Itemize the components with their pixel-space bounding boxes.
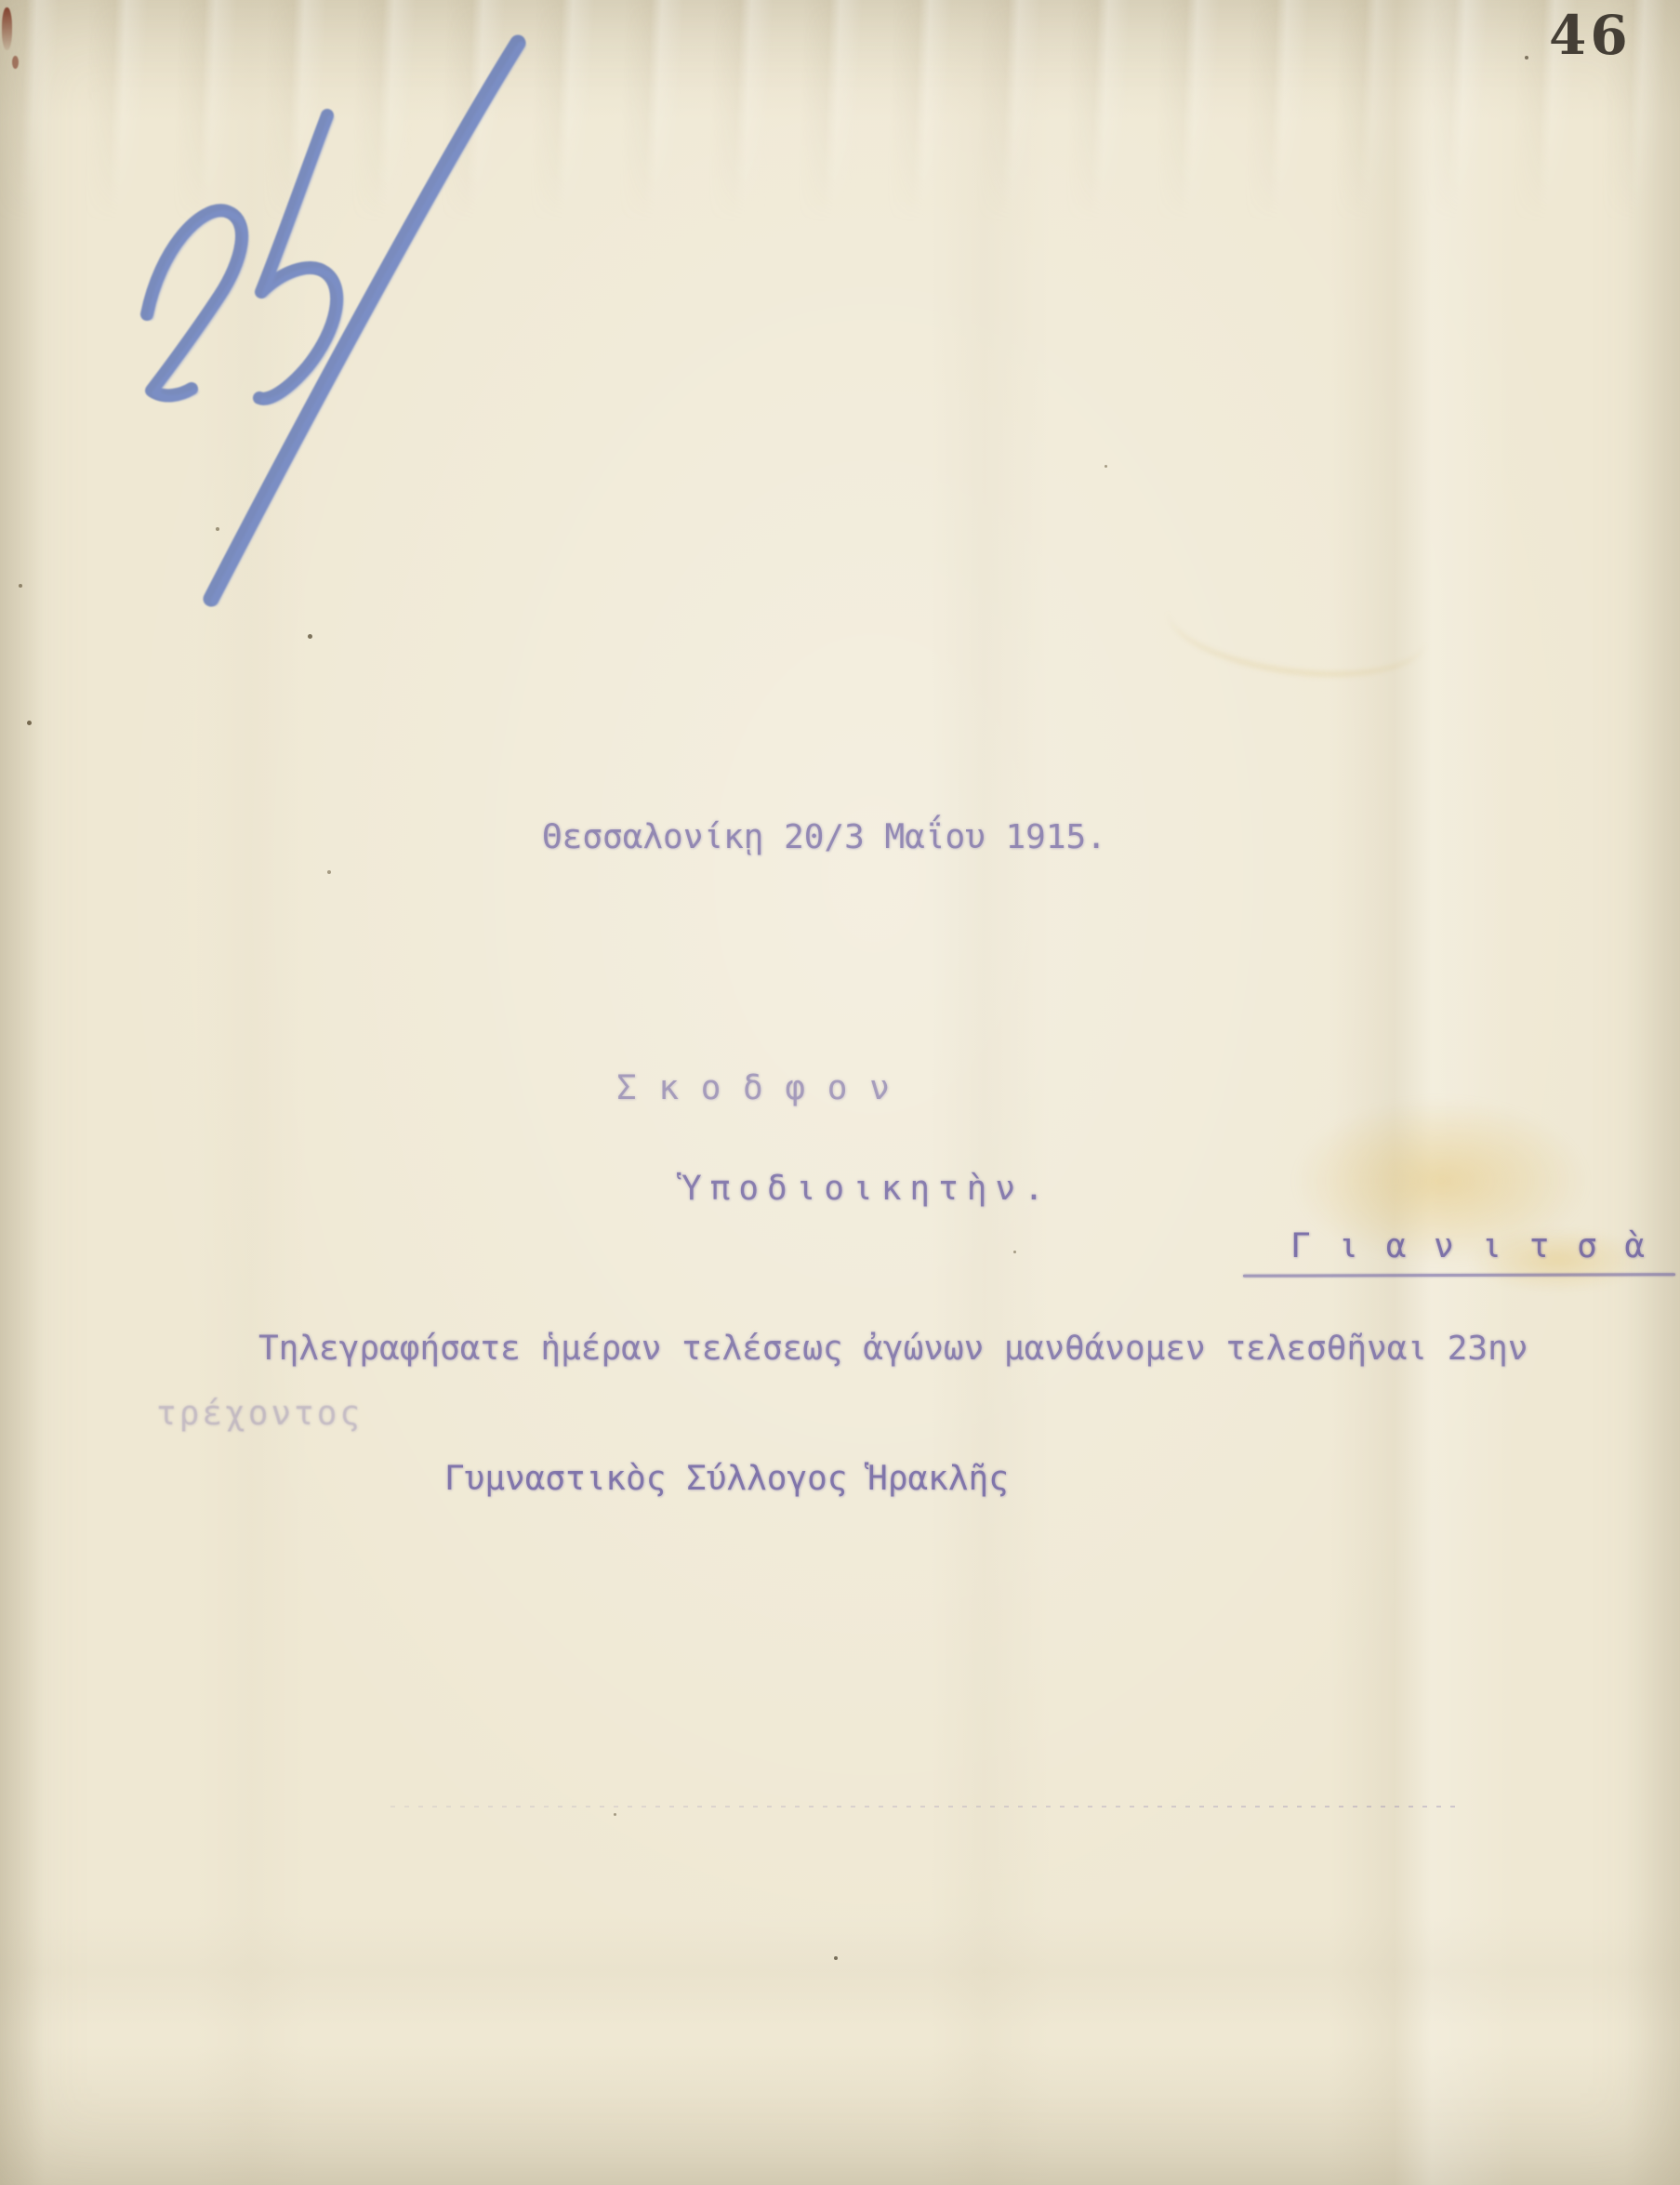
corner-ink-smudge-small (12, 56, 19, 69)
paper-crease-bottom (0, 1915, 1680, 2027)
foxing-speck (327, 870, 331, 874)
paper-fold-right (1329, 0, 1515, 2185)
recipient-office-line: Ὑποδιοικητὴν. (681, 1170, 1052, 1208)
foxing-speck (27, 721, 32, 725)
folio-number: 46 (1549, 4, 1632, 67)
paper-fold-center (930, 0, 1051, 2185)
foxing-speck (19, 584, 22, 588)
foxing-speck (1525, 56, 1528, 60)
dateline: Θεσσαλονίκῃ 20/3 Μαΐου 1915. (542, 818, 1106, 856)
corner-ink-smudge (2, 7, 12, 50)
recipient-title-line: Σ κ ο δ φ ο ν (616, 1069, 891, 1107)
destination-place: Γ ι α ν ι τ σ ὰ (1290, 1227, 1648, 1265)
telegram-body-line-1: Τηλεγραφήσατε ἡμέραν τελέσεως ἀγώνων μαν… (258, 1330, 1528, 1368)
telegram-body-line-2: τρέχοντος (156, 1395, 363, 1433)
paper-fold-left (195, 0, 307, 2185)
foxing-speck (216, 527, 219, 531)
signature-line: Γυμναστικὸς Σύλλογος Ἡρακλῆς (444, 1460, 1009, 1498)
foxing-speck (1013, 1251, 1016, 1253)
foxing-speck (308, 634, 312, 639)
faded-dotted-rule (390, 1806, 1455, 1808)
scanned-letter-page: 46 Θεσσαλονίκῃ 20/3 Μαΐου 1915. Σ κ ο δ … (0, 0, 1680, 2185)
foxing-speck (1105, 465, 1107, 468)
foxing-speck (614, 1813, 616, 1816)
foxing-speck (834, 1956, 838, 1960)
